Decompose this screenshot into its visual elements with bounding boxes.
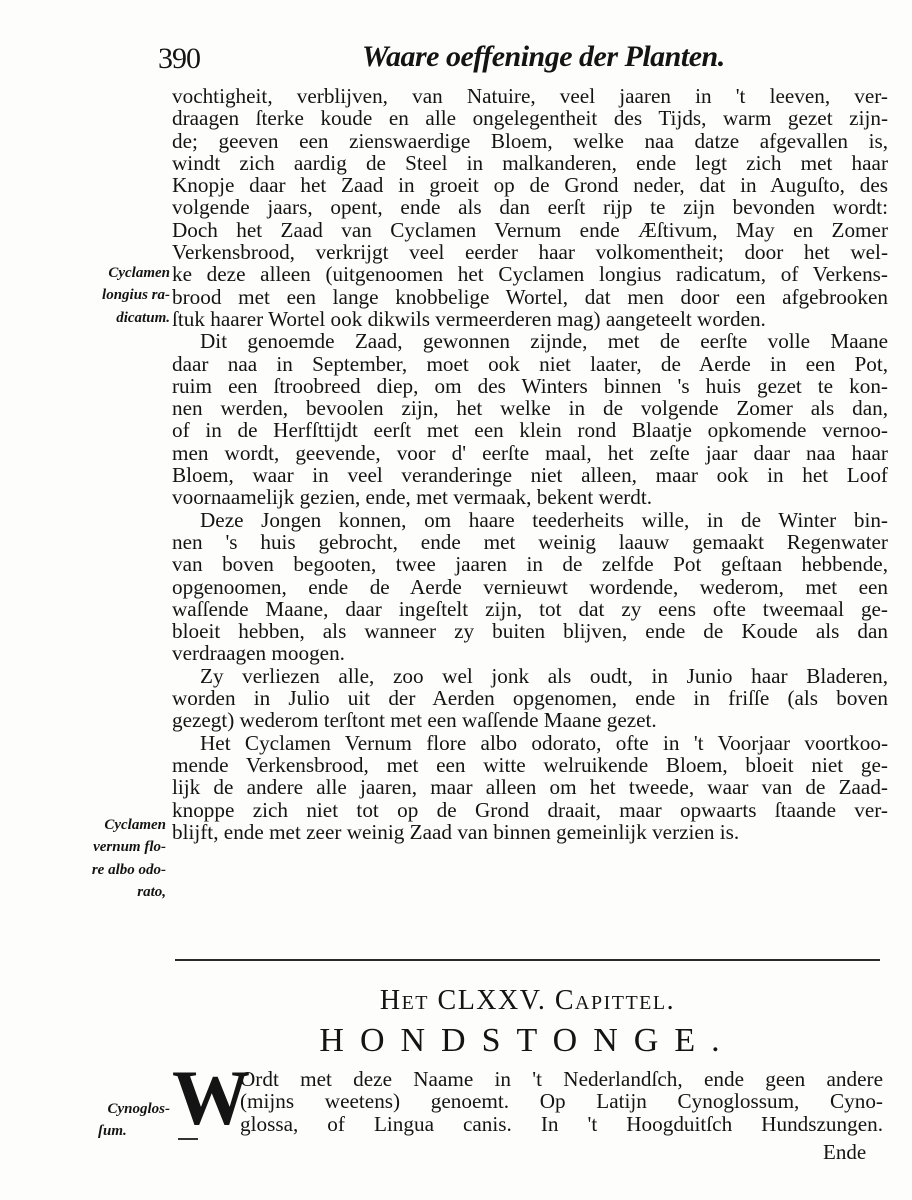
text-line: vochtigheit, verblijven, van Natuire, ve… [172,85,888,107]
section-divider [175,959,880,961]
decorative-dash [178,1138,198,1140]
text-line: ſtuk haarer Wortel ook dikwils vermeerde… [172,308,888,330]
margin-note-cyclamen-vernum: Cyclamen vernum flo- re albo odo- rato, [56,814,166,903]
text-line: Zy verliezen alle, zoo wel jonk als oudt… [172,665,888,687]
chapter-title: HONDSTONGE. [175,1022,880,1060]
text-line: men wordt, geevende, voor d' eerſte maal… [172,442,888,464]
body-text: vochtigheit, verblijven, van Natuire, ve… [172,85,888,843]
text-line: of in de Herfſttijdt eerſt met een klein… [172,419,888,441]
text-line: worden in Julio uit der Aerden opgenomen… [172,687,888,709]
text-line: ke deze alleen (uitgenoomen het Cyclamen… [172,263,888,285]
text-line: nen 's huis gebrocht, ende met weinig la… [172,531,888,553]
text-line: van boven begooten, twee jaaren in de ze… [172,553,888,575]
text-line: draagen ſterke koude en alle ongelegenth… [172,107,888,129]
text-line: knoppe zich niet tot op de Grond draait,… [172,799,888,821]
text-line: daar naa in September, moet ook niet laa… [172,353,888,375]
margin-note-text: Cyclamen [60,262,170,284]
text-line: volgende jaars, opent, ende als dan eerſ… [172,196,888,218]
chapter-body-text: Ordt met deze Naame in 't Nederlandſch, … [240,1068,883,1135]
text-line: nen werden, bevoolen zijn, het welke in … [172,397,888,419]
text-line: voornaamelijk gezien, ende, met vermaak,… [172,486,888,508]
margin-note-cyclamen-longius: Cyclamen longius ra- dicatum. [60,262,170,329]
text-line: bloeit hebben, als wanneer zy buiten bli… [172,620,888,642]
text-line: verdraagen moogen. [172,642,888,664]
text-line: de; geeven een zienswaerdige Bloem, welk… [172,130,888,152]
book-page: 390 Waare oeffeninge der Planten. Cyclam… [0,0,912,1200]
text-line: opgenoomen, ende de Aerde vernieuwt word… [172,576,888,598]
text-line: (mijns weetens) genoemt. Op Latijn Cynog… [240,1090,883,1112]
text-line: brood met een lange knobbelige Wortel, d… [172,286,888,308]
text-line: windt zich aardig de Steel in malkandere… [172,152,888,174]
drop-cap: W [172,1063,250,1133]
text-line: glossa, of Lingua canis. In 't Hoogduitſ… [240,1113,883,1135]
page-number: 390 [158,42,200,76]
text-line: Bloem, waar in veel veranderinge niet al… [172,464,888,486]
text-line: lijk de andere alle jaaren, maar alleen … [172,776,888,798]
text-line: Ordt met deze Naame in 't Nederlandſch, … [240,1068,883,1090]
text-line: Dit genoemde Zaad, gewonnen zijnde, met … [172,330,888,352]
text-line: waſſende Maane, daar ingeſtelt zijn, tot… [172,598,888,620]
catchword: Ende [823,1140,866,1165]
running-title: Waare oeffeninge der Planten. [362,40,725,74]
text-line: ruim een ſtroobreed diep, om des Winters… [172,375,888,397]
chapter-heading: Het CLXXV. Capittel. [175,985,880,1017]
text-line: gezegt) wederom terſtont met een waſſend… [172,709,888,731]
text-line: blijft, ende met zeer weinig Zaad van bi… [172,821,888,843]
text-line: mende Verkensbrood, met een witte welrui… [172,754,888,776]
page-header: 390 Waare oeffeninge der Planten. [150,38,890,78]
text-line: Knopje daar het Zaad in groeit op de Gro… [172,174,888,196]
text-line: Deze Jongen konnen, om haare teederheits… [172,509,888,531]
text-line: Verkensbrood, verkrijgt veel eerder haar… [172,241,888,263]
text-line: Doch het Zaad van Cyclamen Vernum ende Æ… [172,219,888,241]
text-line: Het Cyclamen Vernum flore albo odorato, … [172,732,888,754]
margin-note-cynoglossum: Cynoglos- ſum. [60,1098,170,1143]
